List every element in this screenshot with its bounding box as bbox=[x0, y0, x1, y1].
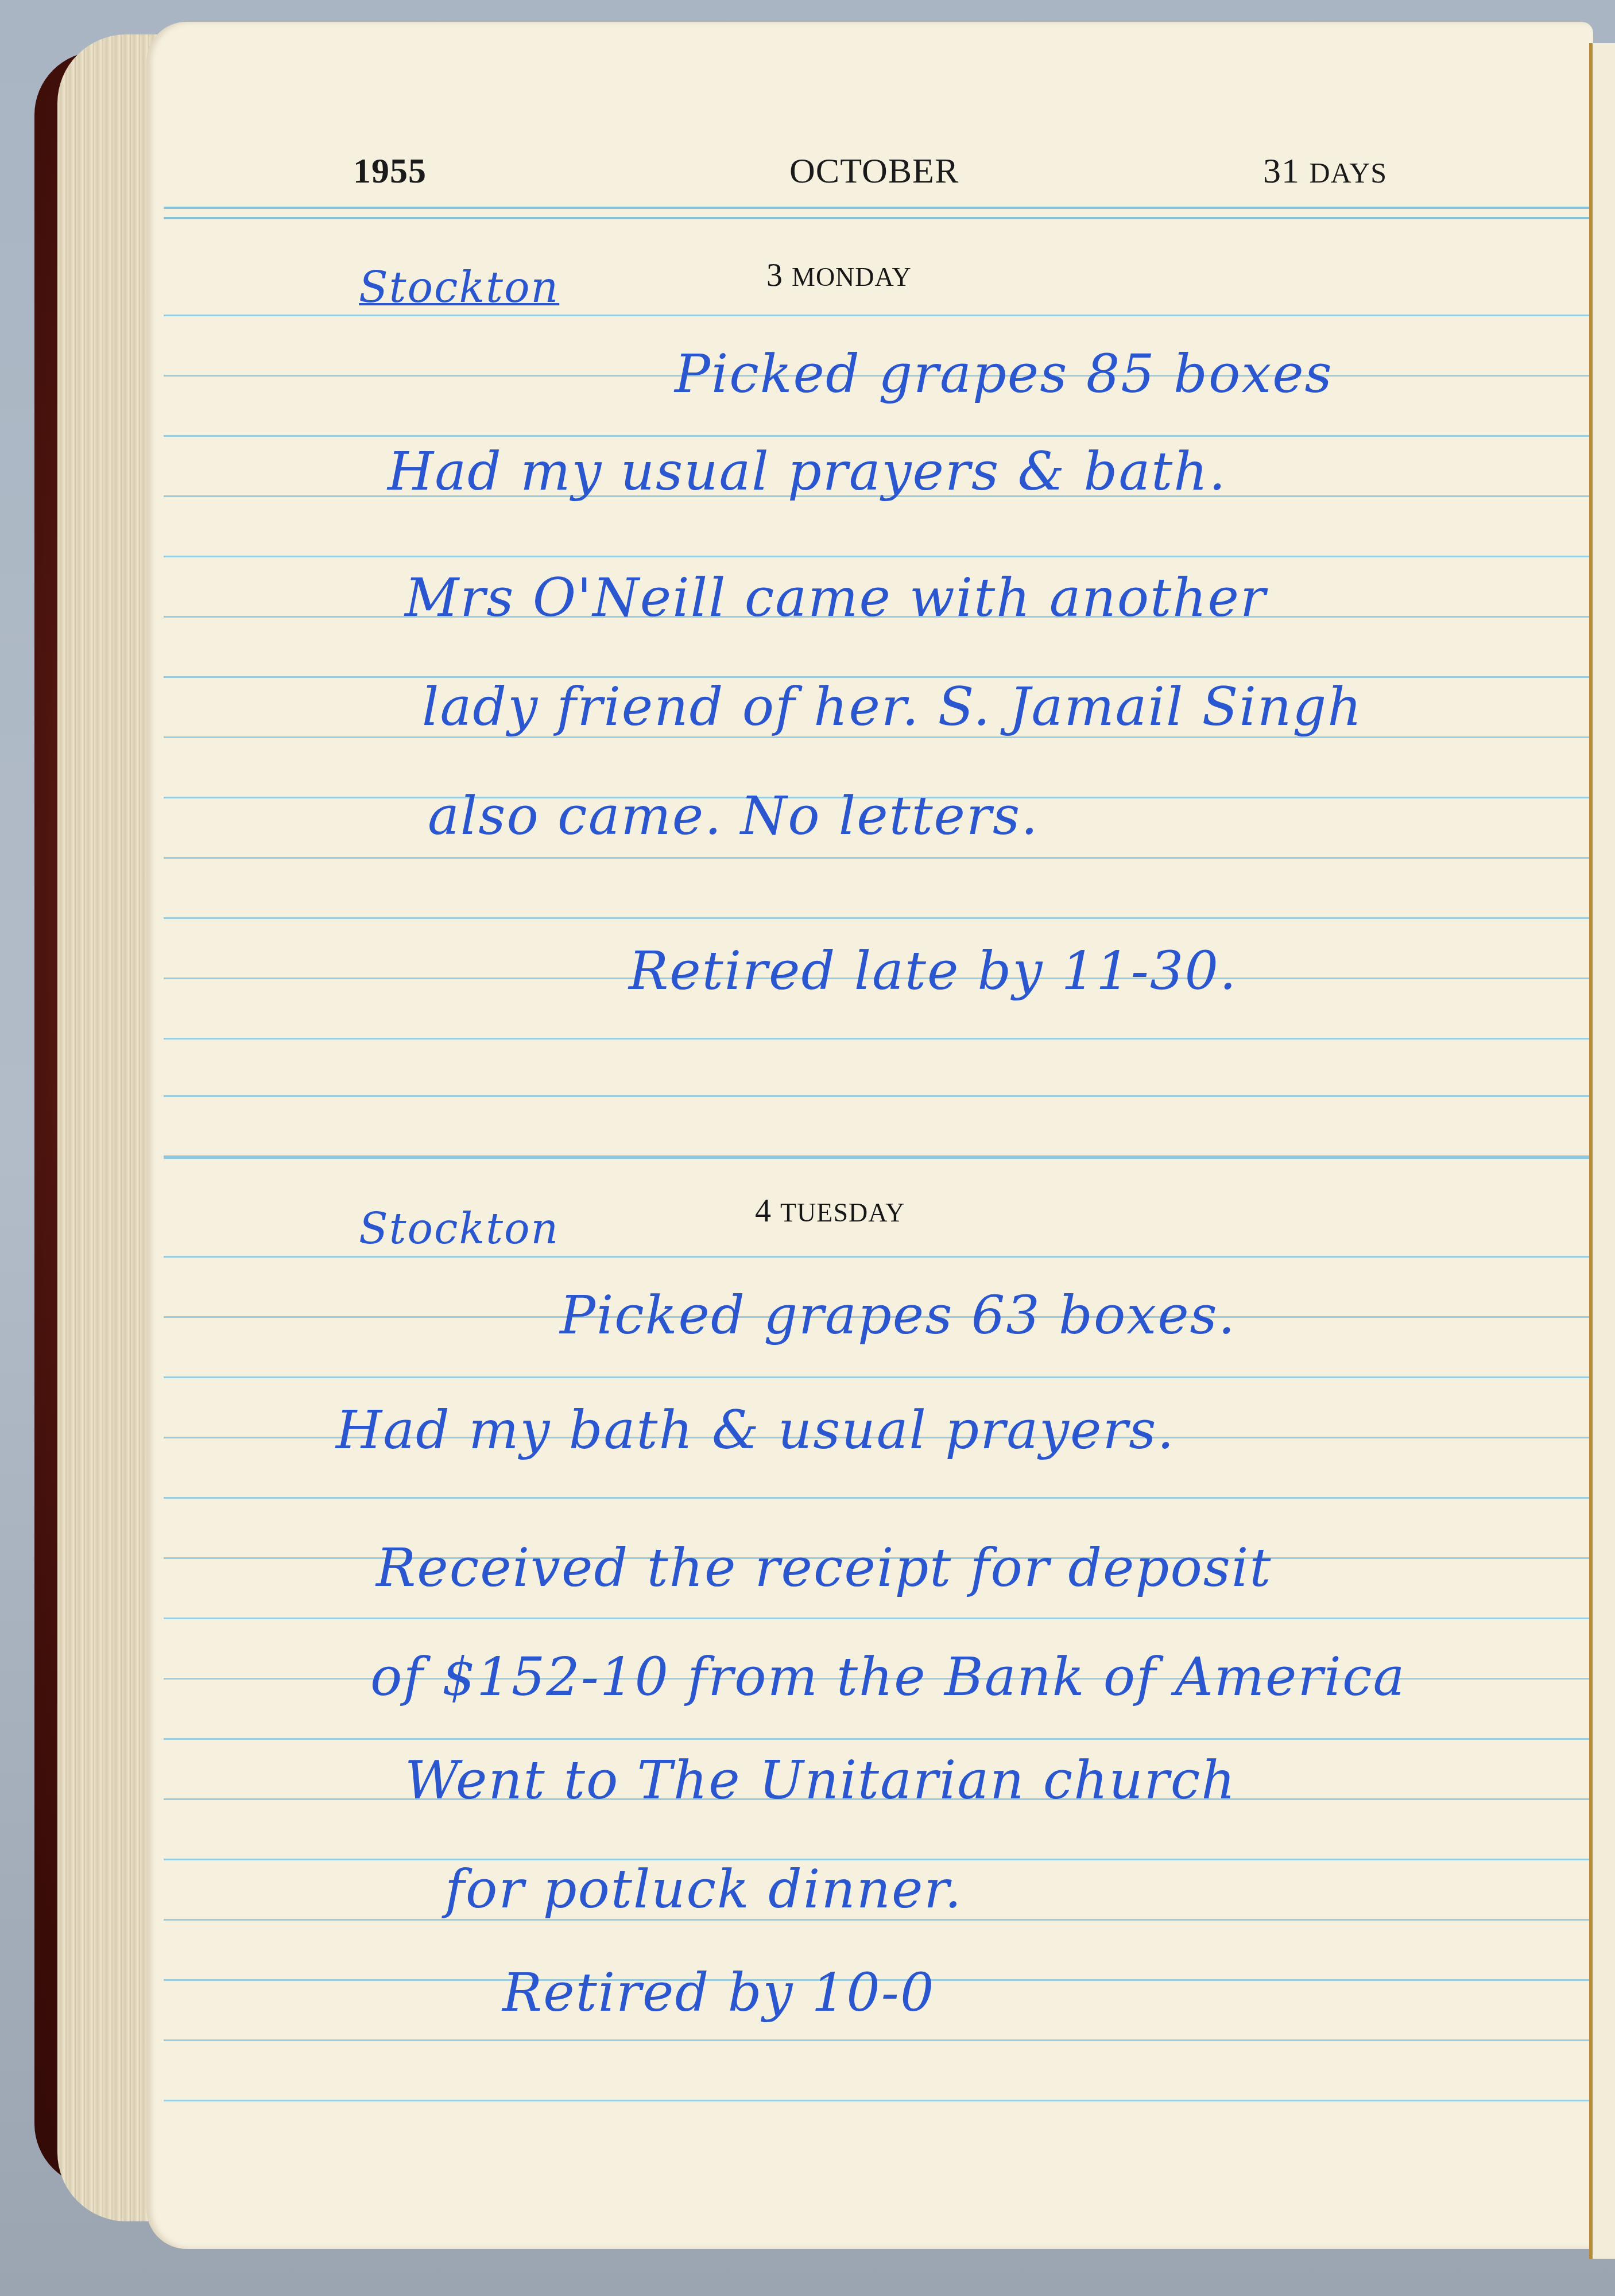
ruled-line bbox=[164, 1376, 1593, 1378]
entry-line: of $152-10 from the Bank of America bbox=[370, 1646, 1405, 1708]
ruled-line bbox=[164, 1038, 1593, 1040]
ruled-line bbox=[164, 556, 1593, 557]
day-name: TUESDAY bbox=[780, 1198, 905, 1227]
entry-line: Went to The Unitarian church bbox=[405, 1750, 1236, 1811]
day-name: MONDAY bbox=[792, 262, 912, 292]
entry-line: also came. No letters. bbox=[428, 785, 1039, 847]
entry-line: Had my bath & usual prayers. bbox=[336, 1399, 1175, 1461]
place-note: Stockton bbox=[359, 263, 559, 312]
entry-line: Received the receipt for deposit bbox=[376, 1537, 1272, 1599]
entry-line: for potluck dinner. bbox=[445, 1859, 963, 1920]
days-count: 31 bbox=[1263, 152, 1300, 191]
entry-line: Retired by 10-0 bbox=[502, 1962, 935, 2023]
day-separator-rule bbox=[164, 1155, 1593, 1159]
ruled-line bbox=[164, 315, 1593, 316]
entry-line: lady friend of her. S. Jamail Singh bbox=[422, 676, 1362, 738]
ruled-line bbox=[164, 1256, 1593, 1258]
ruled-line bbox=[164, 857, 1593, 859]
day-number: 3 bbox=[766, 258, 783, 293]
day-heading-monday: 3 MONDAY bbox=[766, 257, 912, 294]
entry-line: Mrs O'Neill came with another bbox=[405, 567, 1267, 629]
entry-line: Retired late by 11-30. bbox=[629, 940, 1237, 1002]
diary-page: 1955 OCTOBER 31 DAYS 3 MONDAY Stockton P… bbox=[146, 22, 1593, 2249]
year-label: 1955 bbox=[353, 151, 427, 192]
month-label: OCTOBER bbox=[789, 151, 959, 192]
entry-line: Picked grapes 85 boxes bbox=[675, 343, 1333, 405]
header-rule bbox=[164, 207, 1593, 209]
days-label: DAYS bbox=[1310, 157, 1388, 189]
header-rule bbox=[164, 217, 1593, 219]
ruled-line bbox=[164, 1738, 1593, 1740]
place-note: Stockton bbox=[359, 1204, 559, 1254]
ruled-line bbox=[164, 917, 1593, 919]
facing-page-edge bbox=[1589, 43, 1615, 2259]
entry-line: Picked grapes 63 boxes. bbox=[560, 1285, 1236, 1346]
ruled-line bbox=[164, 1497, 1593, 1499]
ruled-line bbox=[164, 1095, 1593, 1097]
ruled-line bbox=[164, 2039, 1593, 2041]
entry-line: Had my usual prayers & bath. bbox=[388, 441, 1227, 502]
ruled-line bbox=[164, 2100, 1593, 2101]
day-heading-tuesday: 4 TUESDAY bbox=[755, 1193, 905, 1230]
days-count-label: 31 DAYS bbox=[1263, 151, 1387, 192]
ruled-line bbox=[164, 435, 1593, 437]
day-number: 4 bbox=[755, 1193, 772, 1229]
ruled-line bbox=[164, 1618, 1593, 1619]
